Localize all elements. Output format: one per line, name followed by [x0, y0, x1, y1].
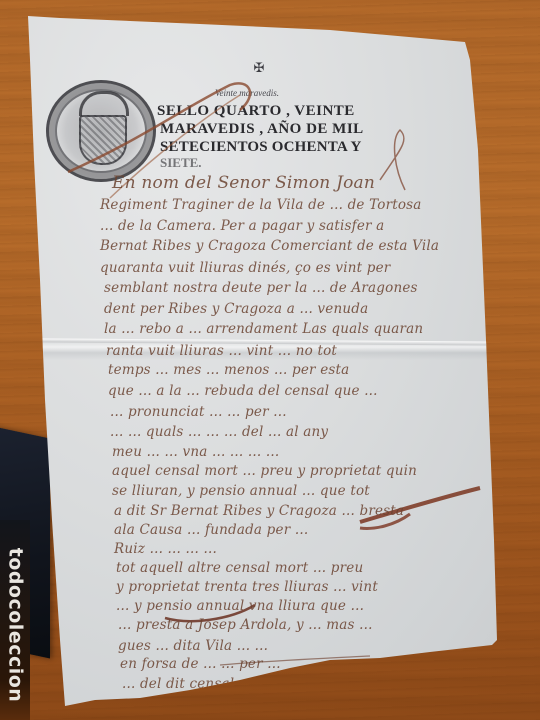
- handwritten-line: Ruiz ... ... ... ...: [114, 541, 217, 557]
- handwritten-line: ... ... quals ... ... ... del ... al any: [110, 424, 328, 440]
- handwritten-line: semblant nostra deute per la ... de Arag…: [104, 280, 418, 296]
- watermark: todocoleccion: [4, 540, 26, 710]
- manuscript-page: ✠ Veinte maravedis. SELLO QUARTO , VEINT…: [0, 0, 540, 720]
- crown-icon: [79, 91, 129, 116]
- cross-emblem-icon: ✠: [252, 62, 266, 76]
- handwritten-line: ranta vuit lliuras ... vint ... no tot: [106, 343, 337, 359]
- handwritten-line: se lliuran, y pensio annual ... que tot: [112, 483, 370, 499]
- handwritten-line: en forsa de ... ... per ...: [120, 656, 281, 672]
- handwritten-line: temps ... mes ... menos ... per esta: [108, 362, 349, 378]
- handwritten-line: meu ... ... vna ... ... ... ...: [112, 444, 279, 460]
- handwritten-line: ala Causa ... fundada per ...: [114, 522, 308, 538]
- handwritten-line: ... pronunciat ... ... per ...: [110, 404, 287, 420]
- handwritten-line: En nom del Senor Simon Joan: [112, 173, 375, 193]
- handwritten-line: ... de la Camera. Per a pagar y satisfer…: [100, 218, 384, 234]
- handwritten-line: y proprietat trenta tres lliuras ... vin…: [116, 579, 378, 595]
- handwritten-line: tot aquell altre censal mort ... preu: [116, 560, 363, 576]
- printed-value-line: Veinte maravedis.: [215, 88, 279, 98]
- printed-header-line-4: SIETE.: [160, 155, 202, 171]
- printed-header-line-3: SETECIENTOS OCHENTA Y: [160, 139, 362, 156]
- royal-seal-stamp: [46, 80, 156, 182]
- handwritten-line: la ... rebo a ... arrendament Las quals …: [104, 321, 423, 337]
- handwritten-line: quaranta vuit lliuras dinés, ço es vint …: [100, 260, 390, 276]
- handwritten-line: ... presta a Josep Ardola, y ... mas ...: [118, 617, 373, 633]
- handwritten-line: aquel censal mort ... preu y proprietat …: [112, 463, 417, 479]
- handwritten-line: Regiment Traginer de la Vila de ... de T…: [100, 197, 422, 213]
- handwritten-line: que ... a la ... rebuda del censal que .…: [108, 383, 378, 399]
- handwritten-line: gues ... dita Vila ... ...: [118, 638, 268, 654]
- handwritten-line: a dit Sr Bernat Ribes y Cragoza ... bres…: [114, 503, 404, 519]
- handwritten-line: Bernat Ribes y Cragoza Comerciant de est…: [100, 238, 439, 254]
- printed-header-line-2: MARAVEDIS , AÑO DE MIL: [160, 121, 364, 138]
- watermark-text: todocoleccion: [4, 548, 26, 703]
- shield-icon: [79, 115, 127, 165]
- handwritten-line: dent per Ribes y Cragoza a ... venuda: [104, 301, 368, 317]
- handwritten-line: ... y pensio annual vna lliura que ...: [116, 598, 364, 614]
- printed-header-line-1: SELLO QUARTO , VEINTE: [157, 103, 355, 120]
